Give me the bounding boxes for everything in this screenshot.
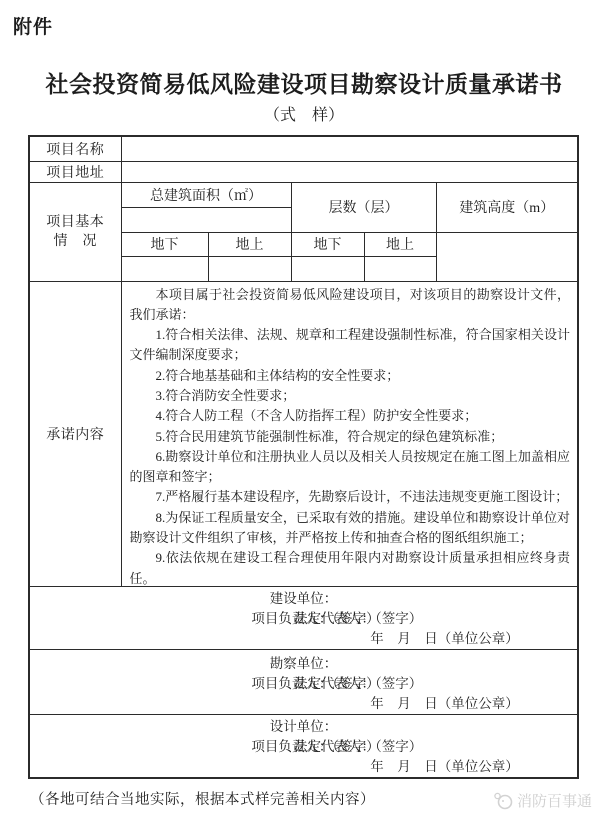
survey-unit-label: 勘察单位：: [36, 654, 571, 674]
floors-aboveground-header: 地上: [364, 232, 436, 256]
basic-info-label-line1: 项目基本: [30, 213, 121, 232]
floors-underground-header: 地下: [291, 232, 364, 256]
commitment-paragraph: 5.符合民用建筑节能强制性标准，符合规定的绿色建筑标准；: [130, 427, 571, 447]
project-address-value: [121, 161, 578, 182]
basic-info-label: 项目基本 情 况: [29, 182, 121, 281]
commitment-paragraph: 6.勘察设计单位和注册执业人员以及相关人员按规定在施工图上加盖相应的图章和签字；: [130, 447, 571, 488]
area-underground-value: [121, 256, 208, 281]
commitment-label: 承诺内容: [29, 281, 121, 586]
commitment-paragraph: 2.符合地基基础和主体结构的安全性要求；: [130, 366, 571, 386]
commitment-paragraph: 9.依法依规在建设工程合理使用年限内对勘察设计质量承担相应终身责任。: [130, 548, 571, 584]
basic-info-label-line2: 情 况: [30, 232, 121, 251]
page-subtitle: （式 样）: [0, 102, 608, 125]
height-value: [436, 232, 578, 281]
area-aboveground-value: [208, 256, 291, 281]
commitment-paragraph: 7.严格履行基本建设程序，先勘察后设计，不违法违规变更施工图设计；: [130, 487, 571, 507]
construction-unit-label: 建设单位：: [36, 589, 571, 609]
commitment-paragraph: 8.为保证工程质量安全，已采取有效的措施。建设单位和勘察设计单位对勘察设计文件组…: [130, 508, 571, 549]
watermark-logo-icon: [493, 791, 513, 811]
footer-note: （各地可结合当地实际，根据本式样完善相关内容）: [30, 788, 375, 809]
commitment-form-table: 项目名称 项目地址 项目基本 情 况 总建筑面积（㎡） 层数（层） 建筑高度（m…: [28, 135, 579, 779]
design-date-seal-label: 年 月 日（单位公章）: [318, 757, 571, 777]
commitment-paragraph: 3.符合消防安全性要求；: [130, 386, 571, 406]
commitment-content: 本项目属于社会投资简易低风险建设项目，对该项目的勘察设计文件，我们承诺： 1.符…: [121, 281, 578, 586]
commitment-paragraphs: 本项目属于社会投资简易低风险建设项目，对该项目的勘察设计文件，我们承诺： 1.符…: [122, 283, 578, 585]
total-area-header: 总建筑面积（㎡）: [121, 182, 291, 207]
commitment-paragraph: 4.符合人防工程（不含人防指挥工程）防护安全性要求；: [130, 406, 571, 426]
floors-header: 层数（层）: [291, 182, 436, 232]
floors-aboveground-value: [364, 256, 436, 281]
area-underground-header: 地下: [121, 232, 208, 256]
height-header: 建筑高度（m）: [436, 182, 578, 232]
watermark-text: 消防百事通: [517, 790, 592, 811]
attachment-label: 附件: [13, 12, 53, 39]
project-name-value: [121, 136, 578, 161]
page-title: 社会投资简易低风险建设项目勘察设计质量承诺书: [0, 66, 608, 99]
watermark: 消防百事通: [493, 790, 592, 811]
signature-section-construction: 建设单位： 项目负责人：（签字） 法定代表人：（签字） 年 月 日（单位公章）: [29, 586, 578, 649]
survey-date-seal-label: 年 月 日（单位公章）: [318, 694, 571, 714]
design-legal-rep-label: 法定代表人：（签字）: [294, 737, 422, 757]
construction-legal-rep-label: 法定代表人：（签字）: [294, 609, 422, 629]
commitment-paragraph: 本项目属于社会投资简易低风险建设项目，对该项目的勘察设计文件，我们承诺：: [130, 285, 571, 326]
area-aboveground-header: 地上: [208, 232, 291, 256]
commitment-paragraph: 1.符合相关法律、法规、规章和工程建设强制性标准，符合国家相关设计文件编制深度要…: [130, 325, 571, 366]
total-area-value: [121, 207, 291, 232]
signature-section-design: 设计单位： 项目负责人：（签字） 法定代表人：（签字） 年 月 日（单位公章）: [29, 714, 578, 778]
signature-section-survey: 勘察单位： 项目负责人：（签字） 法定代表人：（签字） 年 月 日（单位公章）: [29, 649, 578, 714]
project-name-label: 项目名称: [29, 136, 121, 161]
survey-legal-rep-label: 法定代表人：（签字）: [294, 674, 422, 694]
design-unit-label: 设计单位：: [36, 717, 571, 737]
construction-date-seal-label: 年 月 日（单位公章）: [318, 629, 571, 649]
project-address-label: 项目地址: [29, 161, 121, 182]
floors-underground-value: [291, 256, 364, 281]
